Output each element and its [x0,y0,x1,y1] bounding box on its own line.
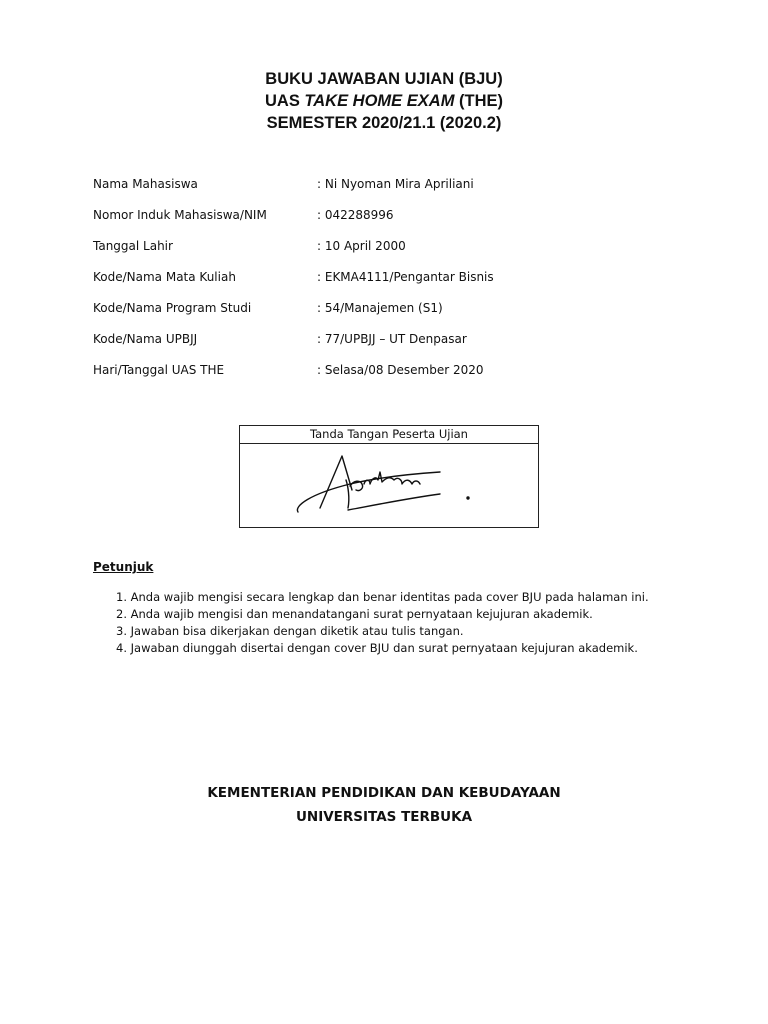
signature-icon [290,450,490,522]
info-label: Nomor Induk Mahasiswa/NIM [93,205,267,225]
institution-footer: KEMENTERIAN PENDIDIKAN DAN KEBUDAYAAN UN… [0,781,768,829]
university-name: UNIVERSITAS TERBUKA [0,805,768,829]
signature-box: Tanda Tangan Peserta Ujian [239,425,539,528]
info-label: Kode/Nama Program Studi [93,298,251,318]
title-line-3: SEMESTER 2020/21.1 (2020.2) [0,112,768,134]
instructions-title: Petunjuk [93,560,153,574]
title-italic-text: TAKE HOME EXAM [304,92,454,110]
info-label: Tanggal Lahir [93,236,173,256]
info-value: : 54/Manajemen (S1) [317,298,443,318]
title-line-1: BUKU JAWABAN UJIAN (BJU) [0,68,768,90]
info-label: Kode/Nama Mata Kuliah [93,267,236,287]
info-value: : 10 April 2000 [317,236,406,256]
info-label: Hari/Tanggal UAS THE [93,360,224,380]
instruction-item: 3. Jawaban bisa dikerjakan dengan diketi… [116,623,649,640]
instruction-item: 1. Anda wajib mengisi secara lengkap dan… [116,589,649,606]
ministry-name: KEMENTERIAN PENDIDIKAN DAN KEBUDAYAAN [0,781,768,805]
signature-header: Tanda Tangan Peserta Ujian [240,426,538,444]
info-value: : Selasa/08 Desember 2020 [317,360,484,380]
instruction-item: 2. Anda wajib mengisi dan menandatangani… [116,606,649,623]
info-value: : 77/UPBJJ – UT Denpasar [317,329,467,349]
signature-area [240,444,538,528]
instruction-item: 4. Jawaban diunggah disertai dengan cove… [116,640,649,657]
document-title: BUKU JAWABAN UJIAN (BJU) UAS TAKE HOME E… [0,68,768,134]
info-value: : 042288996 [317,205,394,225]
title-line-2: UAS TAKE HOME EXAM (THE) [0,90,768,112]
info-value: : EKMA4111/Pengantar Bisnis [317,267,494,287]
info-value: : Ni Nyoman Mira Apriliani [317,174,474,194]
instructions-list: 1. Anda wajib mengisi secara lengkap dan… [116,589,649,657]
info-label: Kode/Nama UPBJJ [93,329,197,349]
info-label: Nama Mahasiswa [93,174,198,194]
